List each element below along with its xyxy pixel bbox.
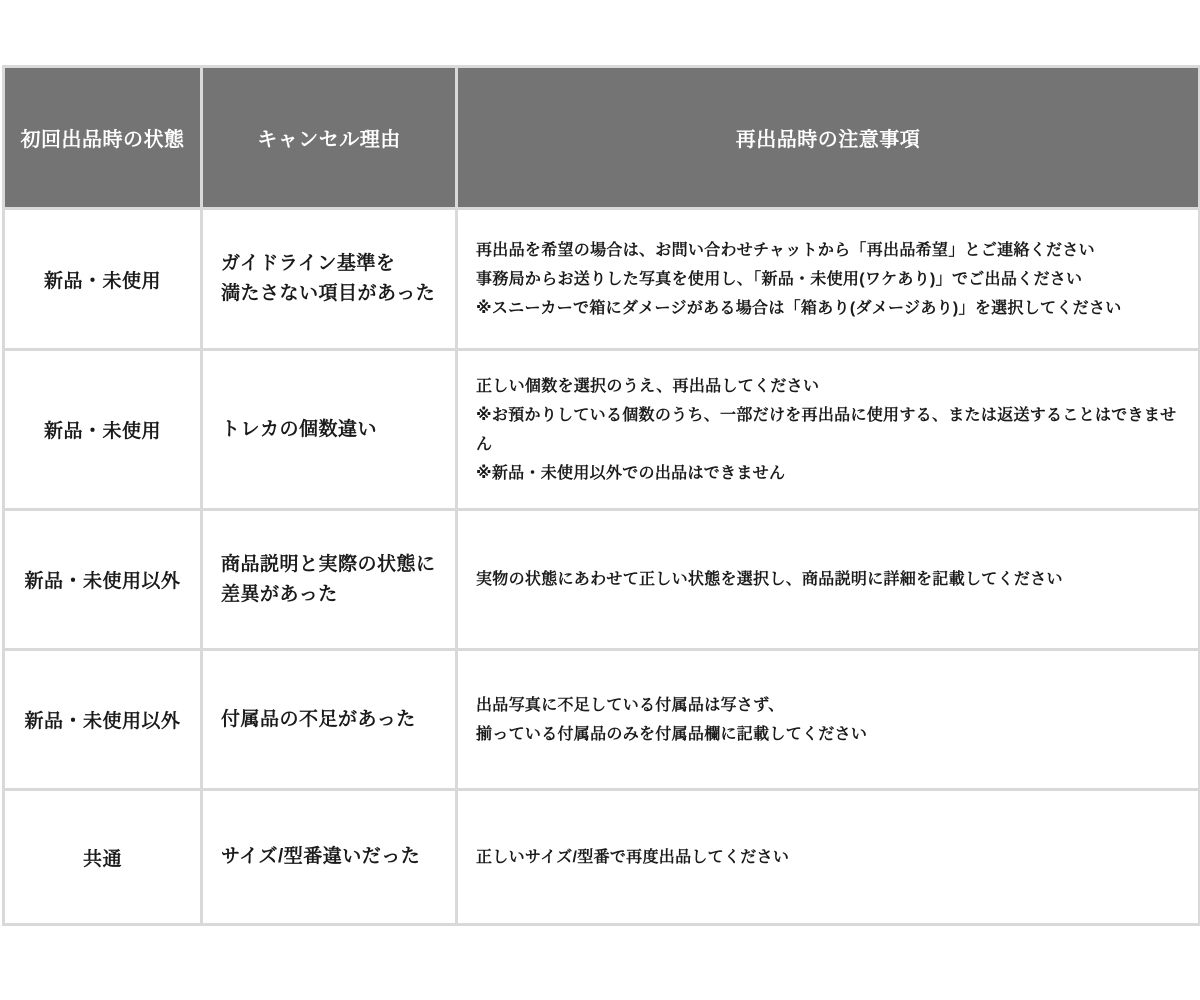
note-line: ※スニーカーで箱にダメージがある場合は「箱あり(ダメージあり)」を選択してくださ… xyxy=(476,294,1184,323)
note-line: 揃っている付属品のみを付属品欄に記載してください xyxy=(476,720,1184,749)
header-cell-cancel-reason: キャンセル理由 xyxy=(202,67,457,209)
reason-line: 満たさない項目があった xyxy=(221,279,445,309)
note-line: ※お預かりしている個数のうち、一部だけを再出品に使用する、または返送することはで… xyxy=(476,401,1184,459)
reason-line: 商品説明と実際の状態に xyxy=(221,550,445,580)
note-line: 正しいサイズ/型番で再度出品してください xyxy=(476,843,1184,872)
state-cell: 共通 xyxy=(4,790,202,925)
reason-cell: トレカの個数違い xyxy=(202,350,457,510)
header-cell-relisting-notes: 再出品時の注意事項 xyxy=(457,67,1200,209)
notes-cell: 再出品を希望の場合は、お問い合わせチャットから「再出品希望」とご連絡ください 事… xyxy=(457,209,1200,350)
reason-line: トレカの個数違い xyxy=(221,415,445,445)
header-cell-initial-state: 初回出品時の状態 xyxy=(4,67,202,209)
reason-line: 付属品の不足があった xyxy=(221,705,445,735)
table-row: 新品・未使用以外 商品説明と実際の状態に 差異があった 実物の状態にあわせて正し… xyxy=(4,510,1200,650)
reason-cell: 商品説明と実際の状態に 差異があった xyxy=(202,510,457,650)
state-cell: 新品・未使用以外 xyxy=(4,650,202,790)
reason-cell: ガイドライン基準を 満たさない項目があった xyxy=(202,209,457,350)
notes-cell: 出品写真に不足している付属品は写さず、 揃っている付属品のみを付属品欄に記載して… xyxy=(457,650,1200,790)
state-cell: 新品・未使用 xyxy=(4,209,202,350)
header-row: 初回出品時の状態 キャンセル理由 再出品時の注意事項 xyxy=(4,67,1200,209)
state-cell: 新品・未使用 xyxy=(4,350,202,510)
table-row: 新品・未使用 トレカの個数違い 正しい個数を選択のうえ、再出品してください ※お… xyxy=(4,350,1200,510)
reason-line: サイズ/型番違いだった xyxy=(221,842,445,872)
notes-cell: 実物の状態にあわせて正しい状態を選択し、商品説明に詳細を記載してください xyxy=(457,510,1200,650)
reason-cell: サイズ/型番違いだった xyxy=(202,790,457,925)
notes-cell: 正しいサイズ/型番で再度出品してください xyxy=(457,790,1200,925)
note-line: 出品写真に不足している付属品は写さず、 xyxy=(476,691,1184,720)
note-line: 正しい個数を選択のうえ、再出品してください xyxy=(476,372,1184,401)
note-line: 再出品を希望の場合は、お問い合わせチャットから「再出品希望」とご連絡ください xyxy=(476,236,1184,265)
notes-cell: 正しい個数を選択のうえ、再出品してください ※お預かりしている個数のうち、一部だ… xyxy=(457,350,1200,510)
table-row: 共通 サイズ/型番違いだった 正しいサイズ/型番で再度出品してください xyxy=(4,790,1200,925)
note-line: ※新品・未使用以外での出品はできません xyxy=(476,459,1184,488)
table-row: 新品・未使用 ガイドライン基準を 満たさない項目があった 再出品を希望の場合は、… xyxy=(4,209,1200,350)
page: 初回出品時の状態 キャンセル理由 再出品時の注意事項 新品・未使用 ガイドライン… xyxy=(0,0,1200,1000)
relisting-rules-table: 初回出品時の状態 キャンセル理由 再出品時の注意事項 新品・未使用 ガイドライン… xyxy=(2,65,1200,926)
reason-line: ガイドライン基準を xyxy=(221,249,445,279)
note-line: 実物の状態にあわせて正しい状態を選択し、商品説明に詳細を記載してください xyxy=(476,565,1184,594)
note-line: 事務局からお送りした写真を使用し、「新品・未使用(ワケあり)」でご出品ください xyxy=(476,265,1184,294)
reason-line: 差異があった xyxy=(221,580,445,610)
state-cell: 新品・未使用以外 xyxy=(4,510,202,650)
reason-cell: 付属品の不足があった xyxy=(202,650,457,790)
table-row: 新品・未使用以外 付属品の不足があった 出品写真に不足している付属品は写さず、 … xyxy=(4,650,1200,790)
